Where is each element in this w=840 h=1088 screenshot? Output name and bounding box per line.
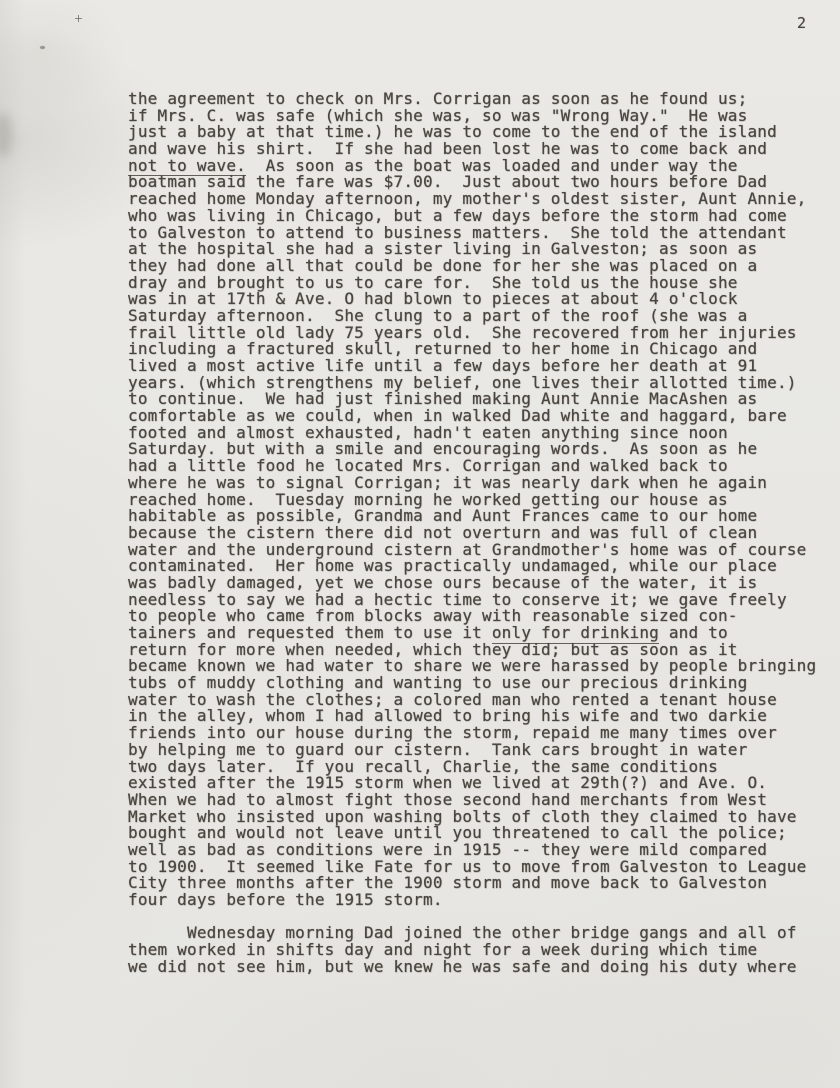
text-line: we did not see him, but we knew he was s… [128,959,816,976]
text-line: four days before the 1915 storm. [128,892,816,909]
scanned-page: 2 the agreement to check on Mrs. Corriga… [0,0,840,1088]
page-number: 2 [797,14,806,32]
scan-speck-icon [75,15,82,22]
document-body: the agreement to check on Mrs. Corrigan … [128,91,816,975]
text-line: by helping me to guard our cistern. Tank… [128,742,816,759]
text-line: who was living in Chicago, but a few day… [128,208,816,225]
scan-smudge [0,112,12,158]
scan-speck-icon [40,46,45,49]
text-line: where he was to signal Corrigan; it was … [128,475,816,492]
